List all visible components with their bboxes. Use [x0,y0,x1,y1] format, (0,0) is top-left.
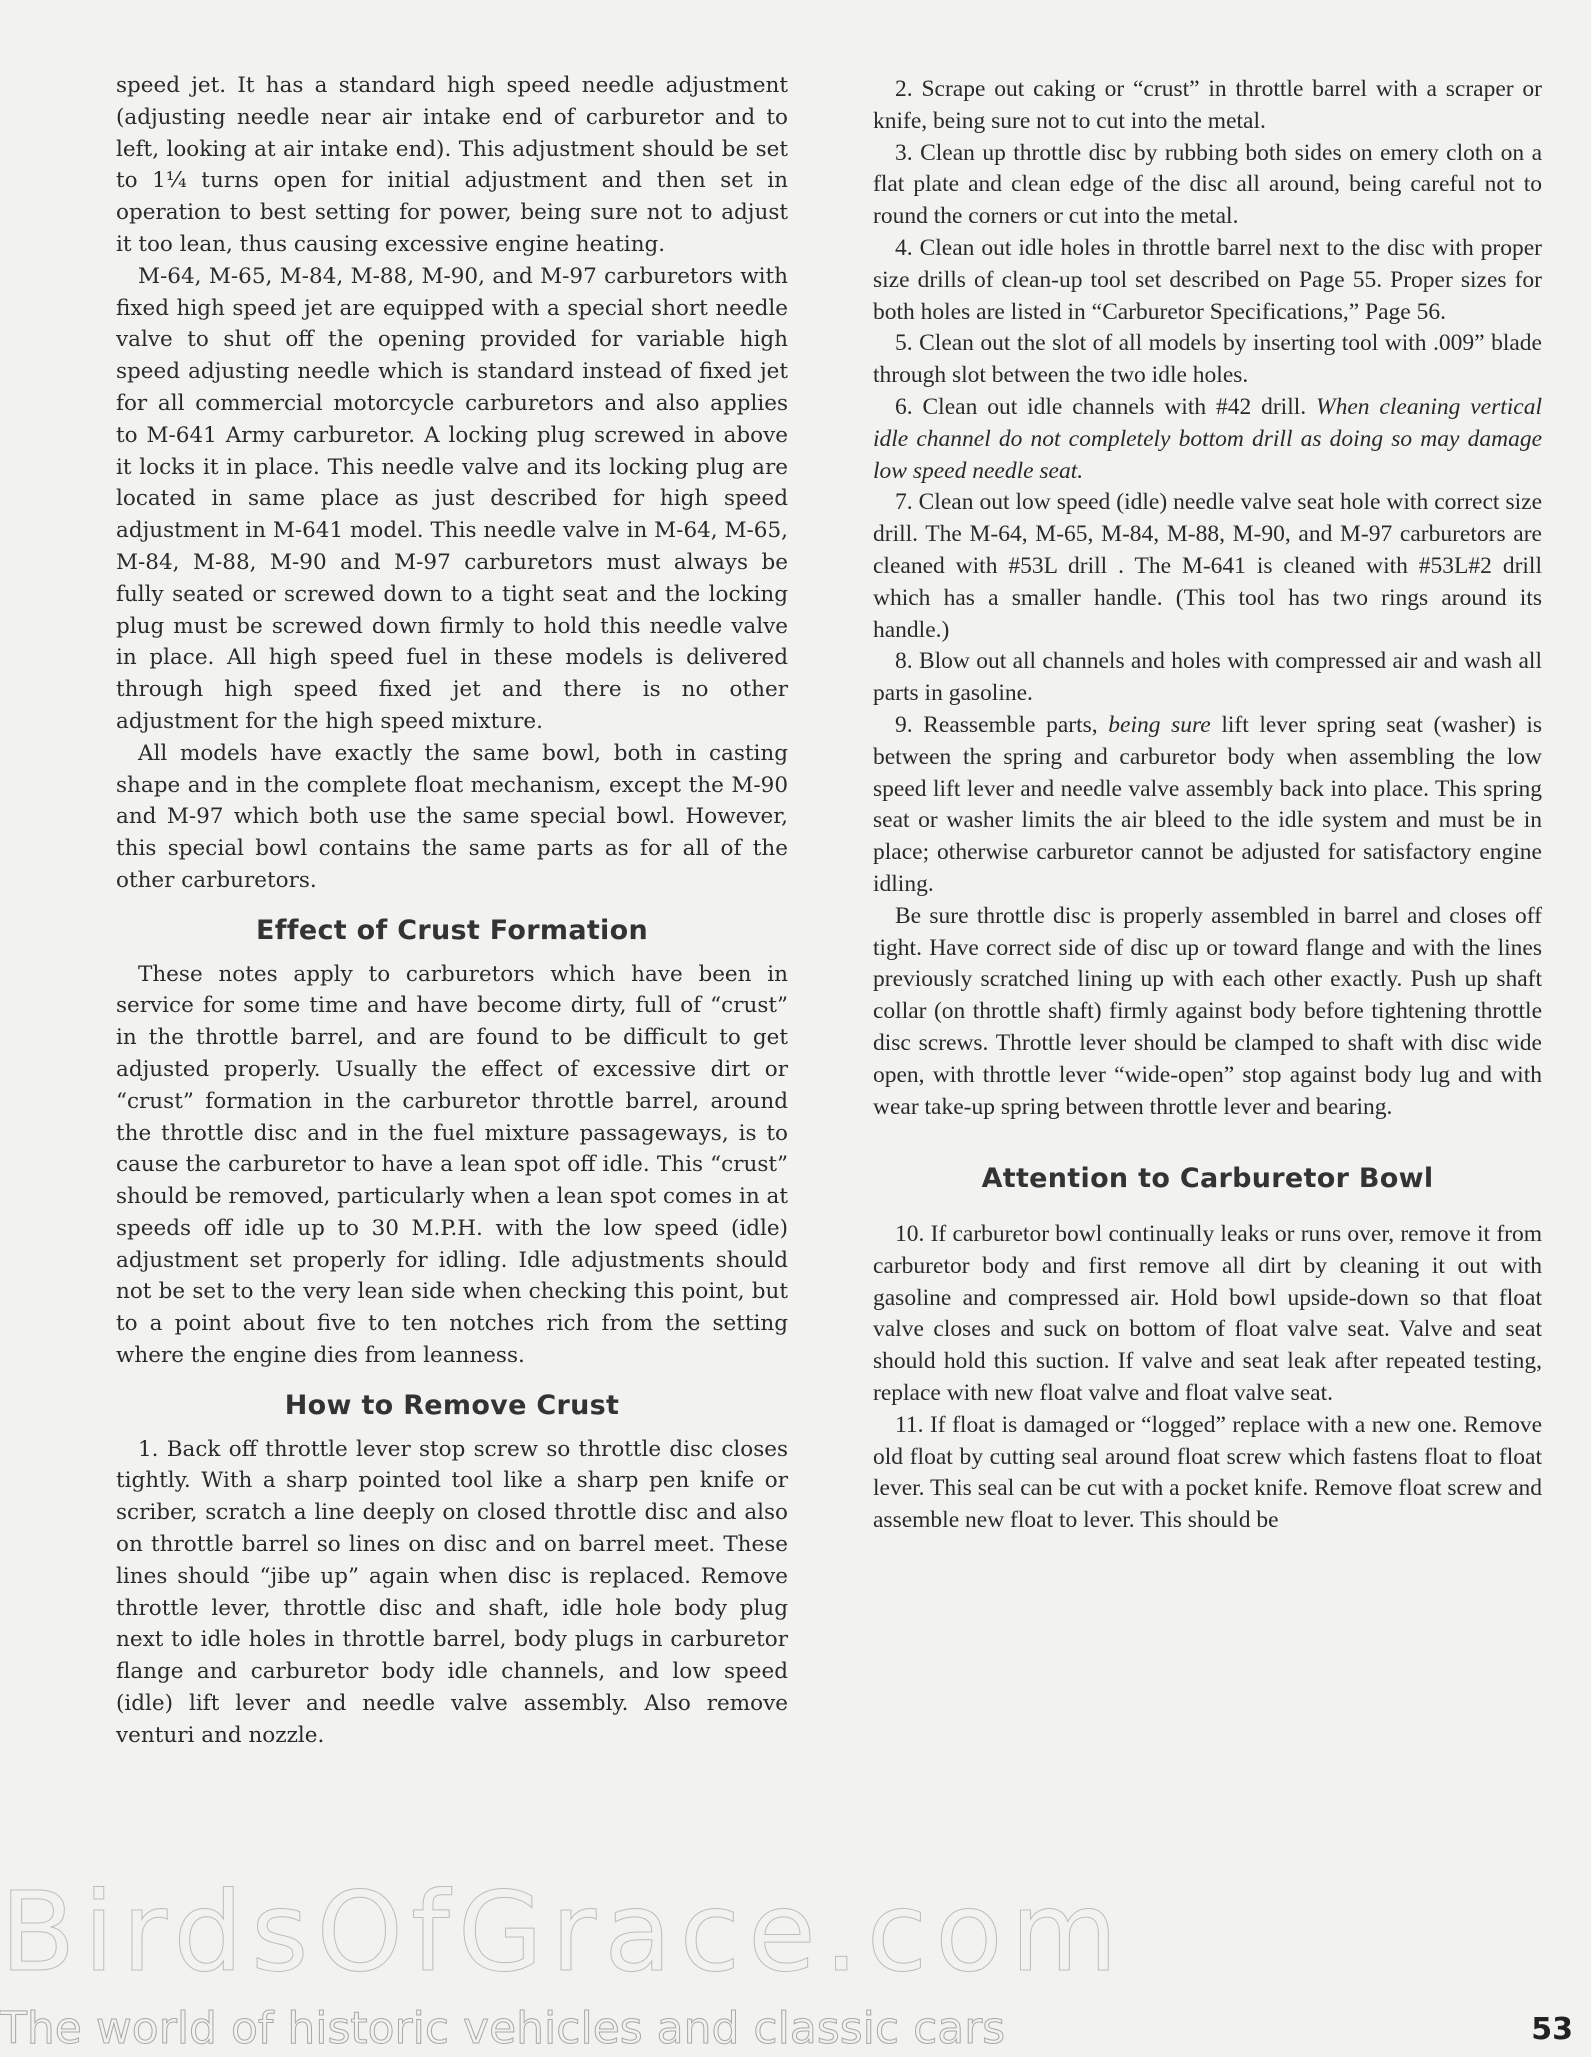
section-heading-carburetor-bowl: Attention to Carburetor Bowl [873,1163,1542,1195]
step-text: 6. Clean out idle channels with #42 dril… [895,394,1306,420]
paragraph: M-64, M-65, M-84, M-88, M-90, and M-97 c… [116,261,788,738]
step-text: 9. Reassemble parts, [895,712,1098,738]
step-paragraph: 6. Clean out idle channels with #42 dril… [873,392,1542,487]
step-paragraph: 2. Scrape out caking or “crust” in throt… [873,74,1542,138]
watermark-tagline: The world of historic vehicles and class… [0,2003,1005,2054]
page-number: 53 [1531,2012,1573,2047]
right-column: 2. Scrape out caking or “crust” in throt… [873,74,1542,1537]
section-heading-crust-formation: Effect of Crust Formation [116,915,788,947]
paragraph: speed jet. It has a standard high speed … [116,70,788,261]
step-text: lift lever spring seat (washer) is betwe… [873,712,1542,897]
watermark-site: BirdsOfGrace.com [0,1868,1591,1996]
paragraph: These notes apply to carburetors which h… [116,959,788,1372]
step-paragraph: 1. Back off throttle lever stop screw so… [116,1434,788,1752]
step-paragraph: 10. If carburetor bowl continually leaks… [873,1219,1542,1410]
step-paragraph: 11. If float is damaged or “logged” repl… [873,1410,1542,1537]
step-paragraph: 8. Blow out all channels and holes with … [873,646,1542,710]
section-heading-remove-crust: How to Remove Crust [116,1390,788,1422]
step-paragraph: 7. Clean out low speed (idle) needle val… [873,487,1542,646]
step-paragraph: 5. Clean out the slot of all models by i… [873,328,1542,392]
manual-page: BirdsOfGrace.com speed jet. It has a sta… [0,0,1591,2057]
paragraph: Be sure throttle disc is properly assemb… [873,901,1542,1124]
step-paragraph: 3. Clean up throttle disc by rubbing bot… [873,138,1542,233]
step-emphasis: being sure [1108,712,1210,738]
paragraph: All models have exactly the same bowl, b… [116,738,788,897]
step-paragraph: 9. Reassemble parts, being sure lift lev… [873,710,1542,901]
left-column: speed jet. It has a standard high speed … [116,70,788,1752]
step-paragraph: 4. Clean out idle holes in throttle barr… [873,233,1542,328]
